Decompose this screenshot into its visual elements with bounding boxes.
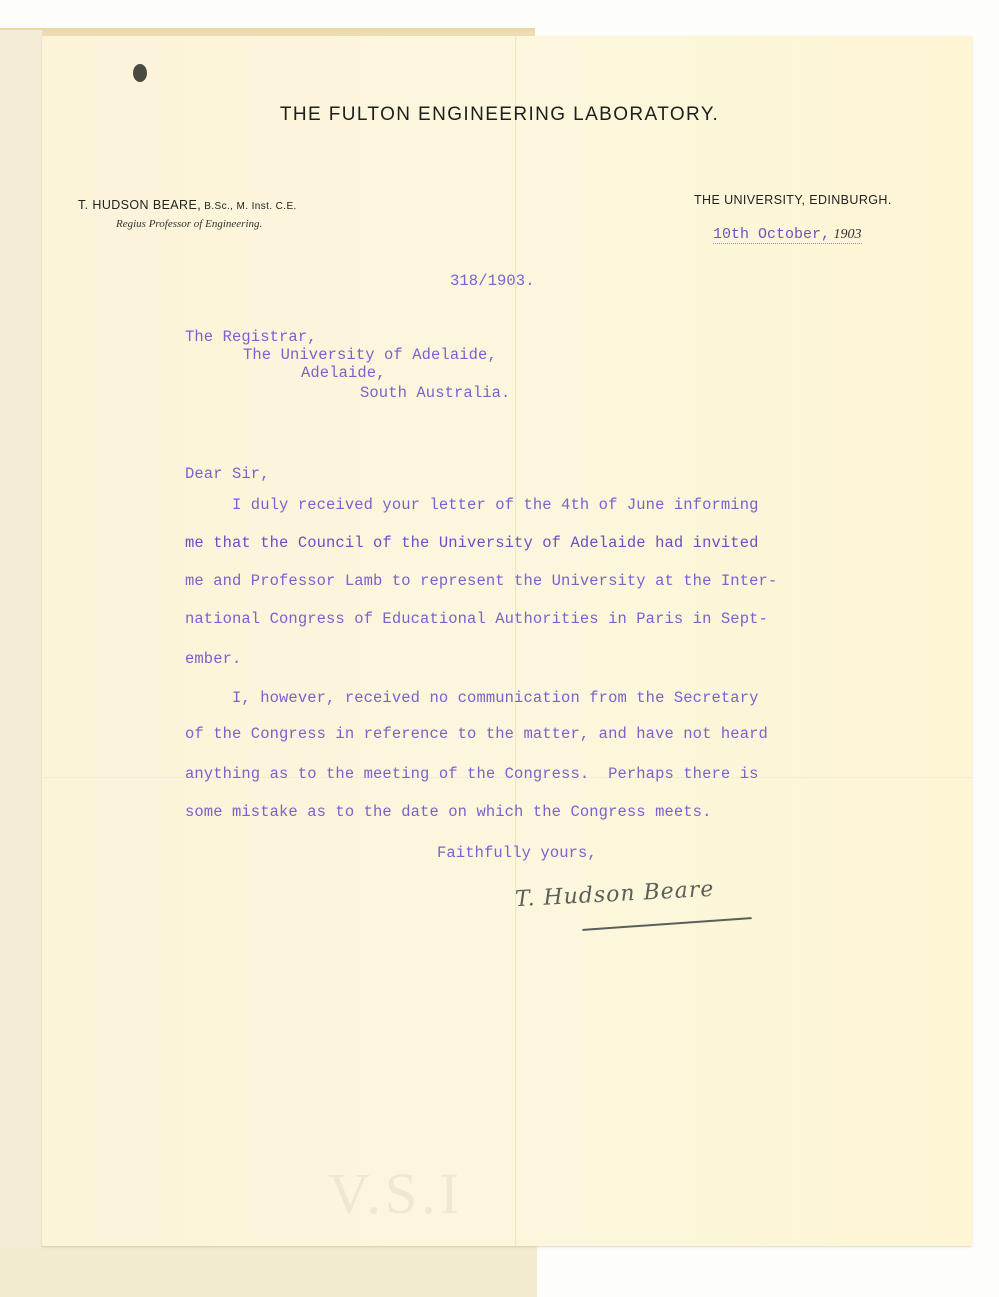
sender-title: Regius Professor of Engineering. <box>116 218 262 230</box>
body-line: some mistake as to the date on which the… <box>185 803 711 821</box>
recipient-line: The University of Adelaide, <box>243 346 497 364</box>
date-year: 1903 <box>830 227 862 242</box>
sender-name-text: T. HUDSON BEARE, <box>78 198 201 212</box>
left-fold-strip <box>0 30 43 1297</box>
letterhead-address: THE UNIVERSITY, EDINBURGH. <box>694 193 892 207</box>
recipient-line: Adelaide, <box>301 364 386 382</box>
body-line: anything as to the meeting of the Congre… <box>185 765 759 783</box>
letter-date: 10th October, 1903 <box>713 226 862 244</box>
date-typed: 10th October, <box>713 226 830 243</box>
recipient-line: South Australia. <box>360 384 510 402</box>
body-line: ember. <box>185 650 241 668</box>
vertical-fold-line <box>515 36 517 1246</box>
body-line: me and Professor Lamb to represent the U… <box>185 572 777 590</box>
sender-name: T. HUDSON BEARE, B.Sc., M. Inst. C.E. <box>78 198 297 212</box>
body-line: of the Congress in reference to the matt… <box>185 725 768 743</box>
sender-qualifications: B.Sc., M. Inst. C.E. <box>201 201 297 212</box>
salutation: Dear Sir, <box>185 465 270 483</box>
body-line: national Congress of Educational Authori… <box>185 610 768 628</box>
body-line: I duly received your letter of the 4th o… <box>185 496 759 514</box>
reference-number: 318/1903. <box>450 272 535 290</box>
recipient-line: The Registrar, <box>185 328 317 346</box>
punch-hole-icon <box>133 64 147 82</box>
body-line: I, however, received no communication fr… <box>185 689 759 707</box>
bottom-back-sheet <box>0 1247 537 1297</box>
watermark: V.S.I <box>328 1160 463 1227</box>
letterhead-title: THE FULTON ENGINEERING LABORATORY. <box>0 104 999 126</box>
closing: Faithfully yours, <box>437 844 597 862</box>
body-line: me that the Council of the University of… <box>185 534 759 552</box>
